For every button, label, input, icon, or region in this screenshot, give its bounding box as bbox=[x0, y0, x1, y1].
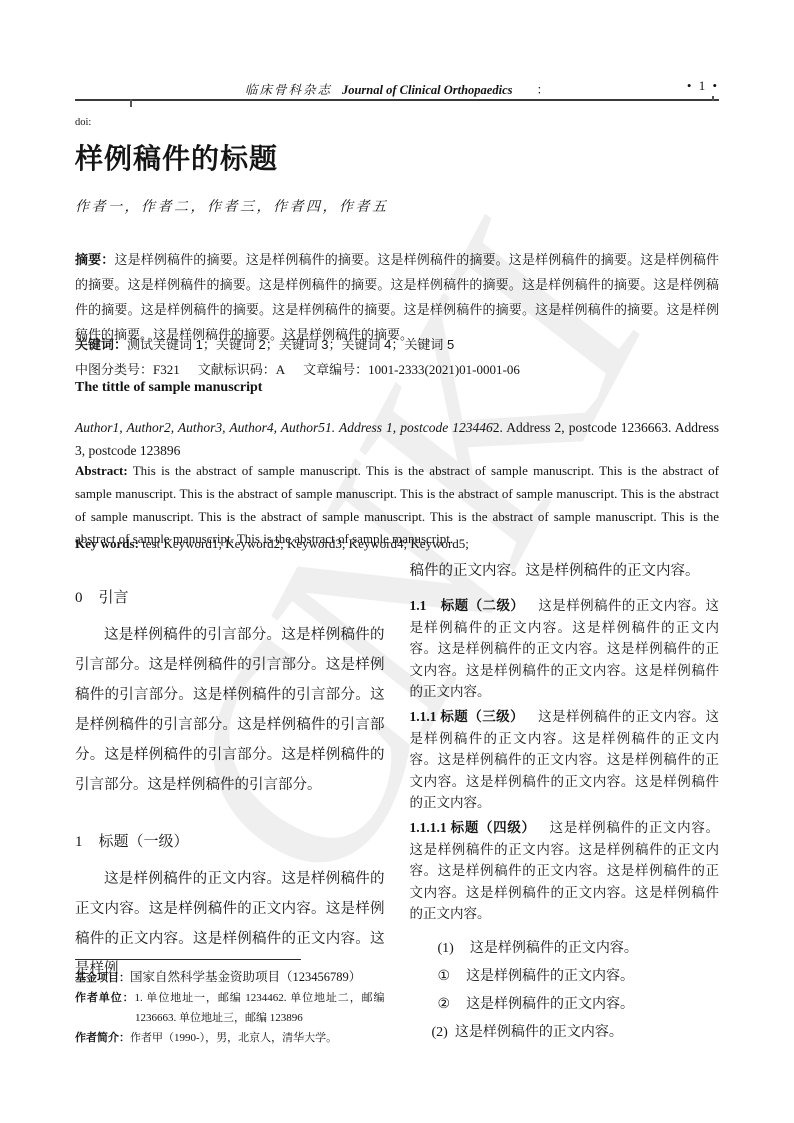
list-text: 这是样例稿件的正文内容。 bbox=[470, 939, 638, 955]
section-number: 0 bbox=[75, 590, 83, 606]
list-item: (2)这是样例稿件的正文内容。 bbox=[410, 1018, 720, 1046]
list-marker: (2) bbox=[432, 1025, 448, 1040]
section1-paragraph-continued: 稿件的正文内容。这是样例稿件的正文内容。 bbox=[410, 558, 720, 584]
article-id-label: 文章编号： bbox=[303, 362, 368, 377]
header-rule bbox=[75, 99, 719, 101]
section-heading-intro: 0引言 bbox=[75, 586, 385, 607]
footnote-label: 作者单位： bbox=[75, 992, 135, 1004]
list-text: 这是样例稿件的正文内容。 bbox=[455, 1023, 623, 1039]
keywords-en: Key words: test Keyword1; Keyword2; Keyw… bbox=[75, 536, 719, 552]
left-column: 0引言 这是样例稿件的引言部分。这是样例稿件的引言部分。这是样例稿件的引言部分。… bbox=[75, 556, 385, 1048]
list-item: ①这是样例稿件的正文内容。 bbox=[410, 962, 720, 990]
subsection-text: 这是样例稿件的正文内容。这是样例稿件的正文内容。这是样例稿件的正文内容。这是样例… bbox=[410, 598, 720, 699]
journal-title-en: Journal of Clinical Orthopaedics bbox=[342, 83, 513, 97]
abstract-cn-label: 摘要： bbox=[75, 252, 114, 267]
intro-paragraph: 这是样例稿件的引言部分。这是样例稿件的引言部分。这是样例稿件的引言部分。这是样例… bbox=[75, 620, 385, 800]
footnote-block: 基金项目：国家自然科学基金资助项目（123456789） 作者单位：1. 单位地… bbox=[75, 959, 385, 1049]
clc-number: F321 bbox=[153, 362, 180, 377]
footnote-affiliation: 作者单位：1. 单位地址一，邮编 1234462. 单位地址二，邮编 12366… bbox=[75, 988, 385, 1028]
subsection-text: 这是样例稿件的正文内容。这是样例稿件的正文内容。这是样例稿件的正文内容。这是样例… bbox=[410, 820, 720, 921]
page-header: 临床骨科杂志Journal of Clinical Orthopaedics： … bbox=[75, 80, 719, 110]
subsection-heading: 1.1.1 标题（三级） bbox=[410, 709, 525, 724]
doi-label: doi: bbox=[75, 117, 91, 128]
doc-code-label: 文献标识码： bbox=[198, 362, 276, 377]
keywords-cn-text: 测试关键词 1；关键词 2；关键词 3；关键词 4；关键词 5 bbox=[127, 337, 454, 352]
list-marker: (1) bbox=[438, 941, 454, 956]
issue-mark: ： bbox=[537, 83, 550, 97]
footnote-bio: 作者简介：作者甲（1990-），男，北京人，清华大学。 bbox=[75, 1028, 385, 1048]
author-list-cn: 作者一，作者二，作者三，作者四，作者五 bbox=[75, 196, 389, 216]
footnote-label: 作者简介： bbox=[75, 1032, 130, 1044]
journal-header: 临床骨科杂志Journal of Clinical Orthopaedics： bbox=[75, 80, 719, 98]
numbered-list: (1)这是样例稿件的正文内容。 ①这是样例稿件的正文内容。 ②这是样例稿件的正文… bbox=[410, 934, 720, 1046]
keywords-en-label: Key words: bbox=[75, 536, 139, 551]
article-title-en: The tittle of sample manuscript bbox=[75, 380, 262, 396]
article-number: 1001-2333(2021)01-0001-06 bbox=[368, 362, 520, 377]
journal-title-cn: 临床骨科杂志 bbox=[245, 83, 332, 97]
list-item: ②这是样例稿件的正文内容。 bbox=[410, 990, 720, 1018]
section-number: 1 bbox=[75, 834, 83, 850]
section-heading-1: 1标题（一级） bbox=[75, 830, 385, 851]
footnote-fund: 基金项目：国家自然科学基金资助项目（123456789） bbox=[75, 967, 385, 988]
footnote-label: 基金项目： bbox=[75, 972, 130, 984]
abstract-cn-text: 这是样例稿件的摘要。这是样例稿件的摘要。这是样例稿件的摘要。这是样例稿件的摘要。… bbox=[75, 252, 719, 342]
abstract-en-text: This is the abstract of sample manuscrip… bbox=[75, 463, 719, 546]
keywords-cn-label: 关键词： bbox=[75, 337, 127, 352]
document-code: A bbox=[276, 362, 285, 377]
section-title: 标题（一级） bbox=[99, 833, 189, 850]
two-column-body: 0引言 这是样例稿件的引言部分。这是样例稿件的引言部分。这是样例稿件的引言部分。… bbox=[75, 556, 719, 1048]
footnote-text: 1. 单位地址一，邮编 1234462. 单位地址二，邮编 1236663. 单… bbox=[135, 992, 385, 1024]
document-page: CNKI 临床骨科杂志Journal of Clinical Orthopaed… bbox=[0, 0, 794, 1123]
subsection-1-1-1: 1.1.1 标题（三级）这是样例稿件的正文内容。这是样例稿件的正文内容。这是样例… bbox=[410, 706, 720, 814]
rule-tick-left bbox=[130, 99, 132, 107]
list-item: (1)这是样例稿件的正文内容。 bbox=[410, 934, 720, 962]
subsection-heading: 1.1.1.1 标题（四级） bbox=[410, 820, 536, 835]
author-list-en-italic: Author1, Author2, Author3, Author4, Auth… bbox=[75, 420, 493, 435]
abstract-en-label: Abstract: bbox=[75, 463, 128, 478]
list-text: 这是样例稿件的正文内容。 bbox=[466, 967, 634, 983]
list-marker: ② bbox=[438, 997, 451, 1012]
right-column: 稿件的正文内容。这是样例稿件的正文内容。 1.1 标题（二级）这是样例稿件的正文… bbox=[410, 556, 720, 1048]
rule-tick-right bbox=[712, 96, 714, 101]
subsection-heading: 1.1 标题（二级） bbox=[410, 598, 525, 613]
author-list-en: Author1, Author2, Author3, Author4, Auth… bbox=[75, 416, 719, 463]
footnote-divider bbox=[75, 959, 301, 961]
footnote-text: 国家自然科学基金资助项目（123456789） bbox=[130, 970, 361, 984]
list-text: 这是样例稿件的正文内容。 bbox=[466, 995, 634, 1011]
keywords-cn: 关键词：测试关键词 1；关键词 2；关键词 3；关键词 4；关键词 5 bbox=[75, 334, 719, 353]
subsection-text: 这是样例稿件的正文内容。这是样例稿件的正文内容。这是样例稿件的正文内容。这是样例… bbox=[410, 709, 720, 810]
page-number: • 1 • bbox=[687, 78, 719, 94]
subsection-1-1: 1.1 标题（二级）这是样例稿件的正文内容。这是样例稿件的正文内容。这是样例稿件… bbox=[410, 595, 720, 703]
abstract-cn: 摘要：这是样例稿件的摘要。这是样例稿件的摘要。这是样例稿件的摘要。这是样例稿件的… bbox=[75, 247, 719, 347]
footnote-text: 作者甲（1990-），男，北京人，清华大学。 bbox=[130, 1032, 337, 1044]
list-marker: ① bbox=[438, 969, 451, 984]
clc-line: 中图分类号：F321文献标识码：A文章编号：1001-2333(2021)01-… bbox=[75, 359, 719, 378]
article-title-cn: 样例稿件的标题 bbox=[75, 137, 278, 177]
section-title: 引言 bbox=[99, 589, 129, 606]
keywords-en-text: test Keyword1; Keyword2; Keyword3; Keywo… bbox=[139, 536, 469, 551]
clc-label: 中图分类号： bbox=[75, 362, 153, 377]
subsection-1-1-1-1: 1.1.1.1 标题（四级）这是样例稿件的正文内容。这是样例稿件的正文内容。这是… bbox=[410, 817, 720, 925]
